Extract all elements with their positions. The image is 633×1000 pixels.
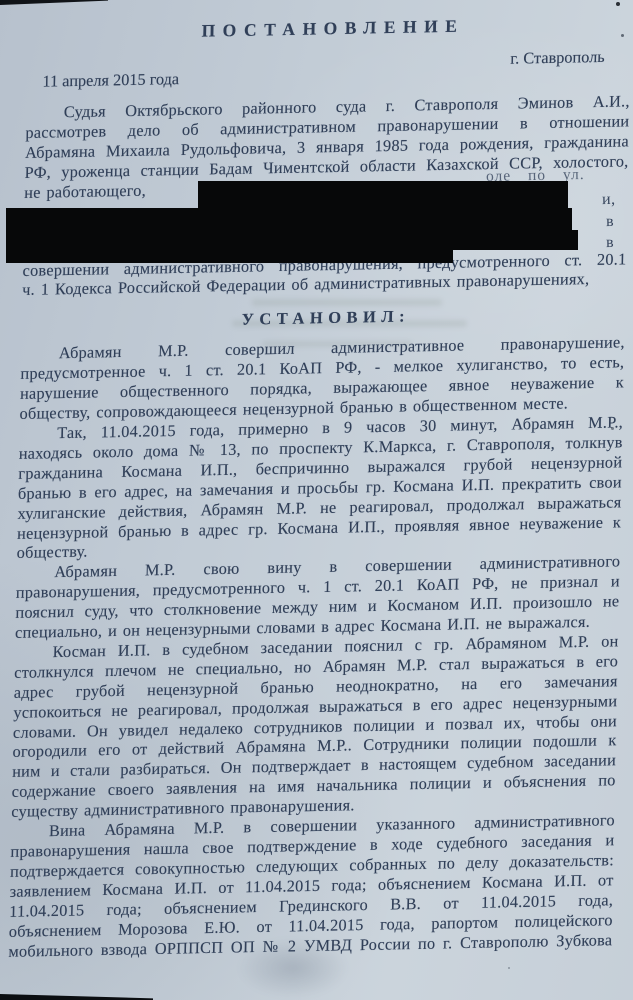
dust-speck [508, 967, 510, 969]
court-city: г. Ставрополь [510, 47, 605, 68]
paragraph-evidence: Вина Абрамяна М.Р. в совершении указанно… [8, 810, 615, 961]
ruling-date: 11 апреля 2015 года [42, 69, 179, 91]
redaction-bar [6, 230, 578, 250]
redaction-remnant-text: и, [602, 192, 616, 208]
court-ruling-document: ПОСТАНОВЛЕНИЕ г. Ставрополь 11 апреля 20… [8, 0, 632, 961]
dust-speck [616, 2, 620, 6]
dust-speck [621, 34, 624, 37]
dust-speck [611, 427, 614, 430]
redaction-remnant-text: в [606, 235, 614, 251]
paragraph-offense: Абрамян М.Р. совершил административное п… [19, 333, 625, 424]
redaction-bar [6, 208, 572, 230]
paragraph-defendant-statement: Абрамян М.Р. свою вину в совершении адми… [15, 552, 621, 643]
paragraph-incident: Так, 11.04.2015 года, примерно в 9 часов… [17, 412, 624, 563]
redaction-bar [6, 250, 453, 263]
paragraph-victim-statement: Косман И.П. в судебном заседании пояснил… [11, 631, 619, 822]
page-title: ПОСТАНОВЛЕНИЕ [27, 10, 631, 46]
section-heading-established: УСТАНОВИЛ: [21, 301, 625, 337]
redaction-remnant-text: в [606, 214, 614, 230]
redaction-bar [198, 181, 568, 208]
